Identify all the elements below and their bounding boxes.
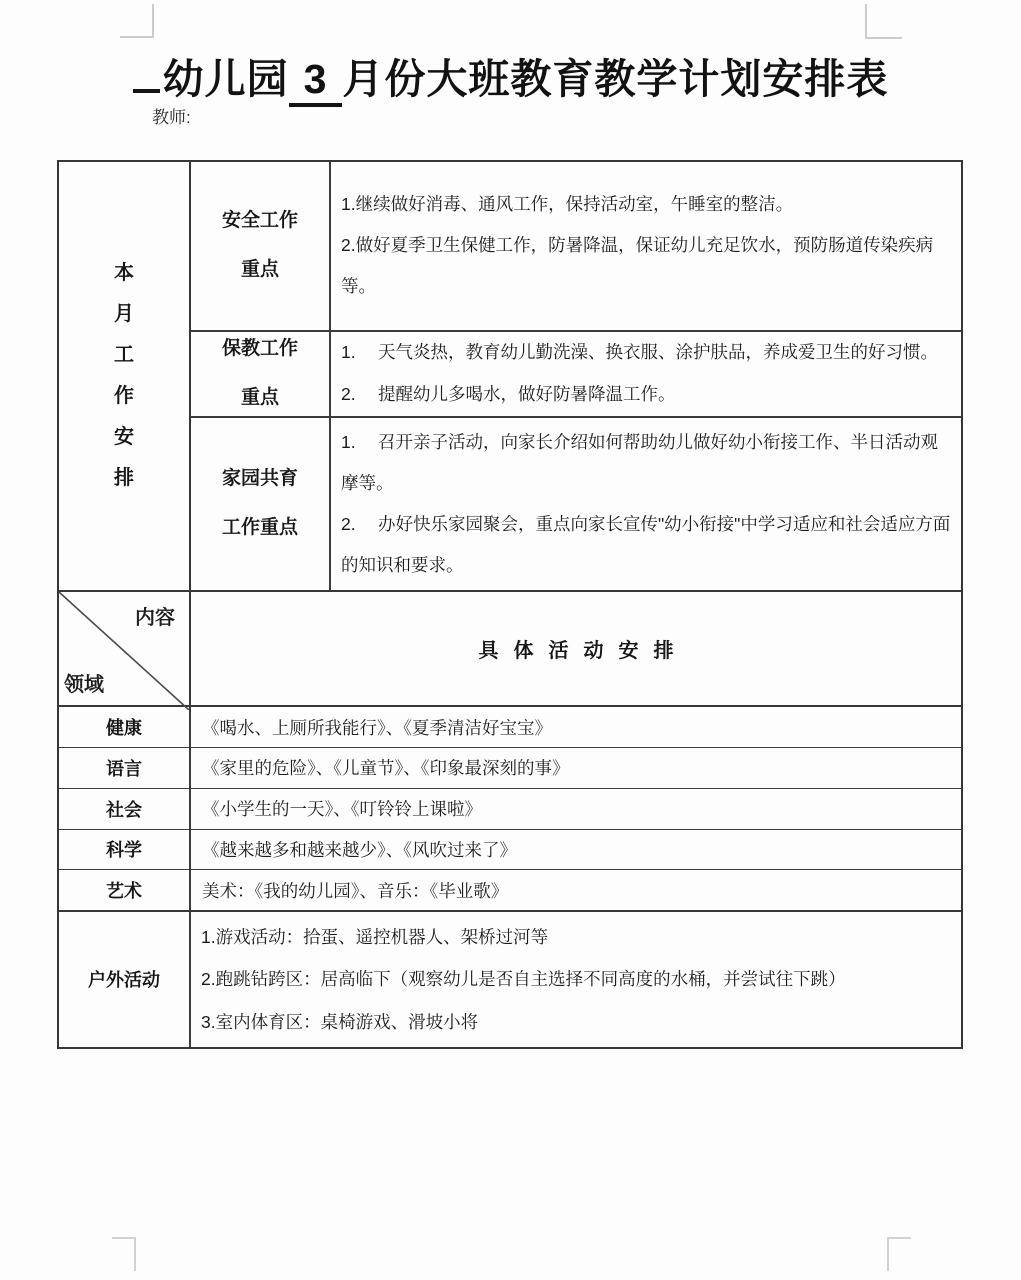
vertical-header-char: 月 xyxy=(114,294,134,335)
table-row-outdoor-activities: 户外活动 1.游戏活动：拾蛋、遥控机器人、架桥过河等 2.跑跳钻跨区：居高临下（… xyxy=(59,912,961,1047)
content-item: 2.跑跳钻跨区：居高临下（观察幼儿是否自主选择不同高度的水桶，并尝试往下跳） xyxy=(201,958,953,1000)
table-row-art: 艺术 美术：《我的幼儿园》、音乐：《毕业歌》 xyxy=(59,869,961,910)
home-school-work-label: 家园共育 工作重点 xyxy=(191,418,331,591)
domain-label: 健康 xyxy=(59,707,191,747)
vertical-header-char: 作 xyxy=(114,376,134,417)
domain-content: 《小学生的一天》、《叮铃铃上课啦》 xyxy=(191,789,961,829)
table-row-society: 社会 《小学生的一天》、《叮铃铃上课啦》 xyxy=(59,788,961,829)
care-education-work-content: 1. 天气炎热，教育幼儿勤洗澡、换衣服、涂护肤品，养成爱卫生的好习惯。 2. 提… xyxy=(331,332,961,416)
content-item: 2.做好夏季卫生保健工作，防暑降温，保证幼儿充足饮水，预防肠道传染疾病等。 xyxy=(341,225,953,307)
corner-header-domain-label: 领域 xyxy=(64,668,104,697)
title-suffix-text: 月份大班教育教学计划安排表 xyxy=(342,56,888,102)
table-row-safety-work: 安全工作 重点 1.继续做好消毒、通风工作，保持活动室，午睡室的整洁。 2.做好… xyxy=(191,162,961,332)
domain-rows-section: 健康 《喝水、上厕所我能行》、《夏季清洁好宝宝》 语言 《家里的危险》、《儿童节… xyxy=(59,707,961,912)
content-item: 1.游戏活动：拾蛋、遥控机器人、架桥过河等 xyxy=(201,916,953,958)
domain-label: 语言 xyxy=(59,748,191,788)
home-school-work-content: 1. 召开亲子活动，向家长介绍如何帮助幼儿做好幼小衔接工作、半日活动观摩等。 2… xyxy=(331,418,961,591)
content-item: 1. 天气炎热，教育幼儿勤洗澡、换衣服、涂护肤品，养成爱卫生的好习惯。 xyxy=(341,332,953,373)
title-school-text: 幼儿园 xyxy=(163,56,289,102)
activities-title: 具体活动安排 xyxy=(191,592,961,705)
table-row-health: 健康 《喝水、上厕所我能行》、《夏季清洁好宝宝》 xyxy=(59,707,961,747)
activities-header-row: 内容 领域 具体活动安排 xyxy=(59,592,961,707)
vertical-header-char: 安 xyxy=(114,417,134,458)
page-margin-mark-top-left xyxy=(120,4,154,38)
vertical-header-char: 工 xyxy=(114,335,134,376)
title-month-value: 3 xyxy=(289,56,343,107)
monthly-work-section: 本 月 工 作 安 排 安全工作 重点 1.继续做好消毒、通风工作，保持活动室，… xyxy=(59,162,961,592)
content-item: 1. 召开亲子活动，向家长介绍如何帮助幼儿做好幼小衔接工作、半日活动观摩等。 xyxy=(341,422,953,504)
domain-label: 艺术 xyxy=(59,870,191,910)
label-line: 保教工作 xyxy=(222,325,298,373)
table-row-language: 语言 《家里的危险》、《儿童节》、《印象最深刻的事》 xyxy=(59,747,961,788)
title-blank-line xyxy=(133,85,160,93)
safety-work-label: 安全工作 重点 xyxy=(191,162,331,330)
label-line: 重点 xyxy=(241,246,279,294)
monthly-work-vertical-header: 本 月 工 作 安 排 xyxy=(59,162,191,590)
domain-content: 美术：《我的幼儿园》、音乐：《毕业歌》 xyxy=(191,870,961,910)
safety-work-content: 1.继续做好消毒、通风工作，保持活动室，午睡室的整洁。 2.做好夏季卫生保健工作… xyxy=(331,162,961,330)
domain-content: 《越来越多和越来越少》、《风吹过来了》 xyxy=(191,830,961,870)
label-line: 家园共育 xyxy=(222,455,298,503)
page-margin-mark-bottom-left xyxy=(112,1237,136,1271)
content-item: 1.继续做好消毒、通风工作，保持活动室，午睡室的整洁。 xyxy=(341,184,953,225)
corner-header-cell: 内容 领域 xyxy=(59,592,191,705)
plan-table: 本 月 工 作 安 排 安全工作 重点 1.继续做好消毒、通风工作，保持活动室，… xyxy=(57,160,963,1049)
corner-header-content-label: 内容 xyxy=(135,601,175,630)
domain-content: 《家里的危险》、《儿童节》、《印象最深刻的事》 xyxy=(191,748,961,788)
table-row-care-education-work: 保教工作 重点 1. 天气炎热，教育幼儿勤洗澡、换衣服、涂护肤品，养成爱卫生的好… xyxy=(191,332,961,418)
outdoor-activities-content: 1.游戏活动：拾蛋、遥控机器人、架桥过河等 2.跑跳钻跨区：居高临下（观察幼儿是… xyxy=(191,912,961,1047)
care-education-work-label: 保教工作 重点 xyxy=(191,332,331,416)
monthly-work-rows: 安全工作 重点 1.继续做好消毒、通风工作，保持活动室，午睡室的整洁。 2.做好… xyxy=(191,162,961,590)
domain-label: 科学 xyxy=(59,830,191,870)
domain-content: 《喝水、上厕所我能行》、《夏季清洁好宝宝》 xyxy=(191,707,961,747)
table-row-science: 科学 《越来越多和越来越少》、《风吹过来了》 xyxy=(59,829,961,870)
domain-label: 社会 xyxy=(59,789,191,829)
teacher-label: 教师: xyxy=(152,103,191,128)
page-margin-mark-top-right xyxy=(865,4,902,39)
content-item: 2. 提醒幼儿多喝水，做好防暑降温工作。 xyxy=(341,374,953,415)
table-row-home-school-work: 家园共育 工作重点 1. 召开亲子活动，向家长介绍如何帮助幼儿做好幼小衔接工作、… xyxy=(191,418,961,591)
label-line: 工作重点 xyxy=(222,504,298,552)
label-line: 安全工作 xyxy=(222,197,298,245)
page-margin-mark-bottom-right xyxy=(887,1237,911,1271)
page-title: 幼儿园3月份大班教育教学计划安排表 xyxy=(0,46,1021,107)
outdoor-activities-label: 户外活动 xyxy=(59,912,191,1047)
vertical-header-char: 排 xyxy=(114,458,134,499)
content-item: 3.室内体育区：桌椅游戏、滑坡小将 xyxy=(201,1001,953,1043)
content-item: 2. 办好快乐家园聚会，重点向家长宣传"幼小衔接"中学习适应和社会适应方面的知识… xyxy=(341,504,953,586)
vertical-header-char: 本 xyxy=(114,253,134,294)
label-line: 重点 xyxy=(241,374,279,422)
